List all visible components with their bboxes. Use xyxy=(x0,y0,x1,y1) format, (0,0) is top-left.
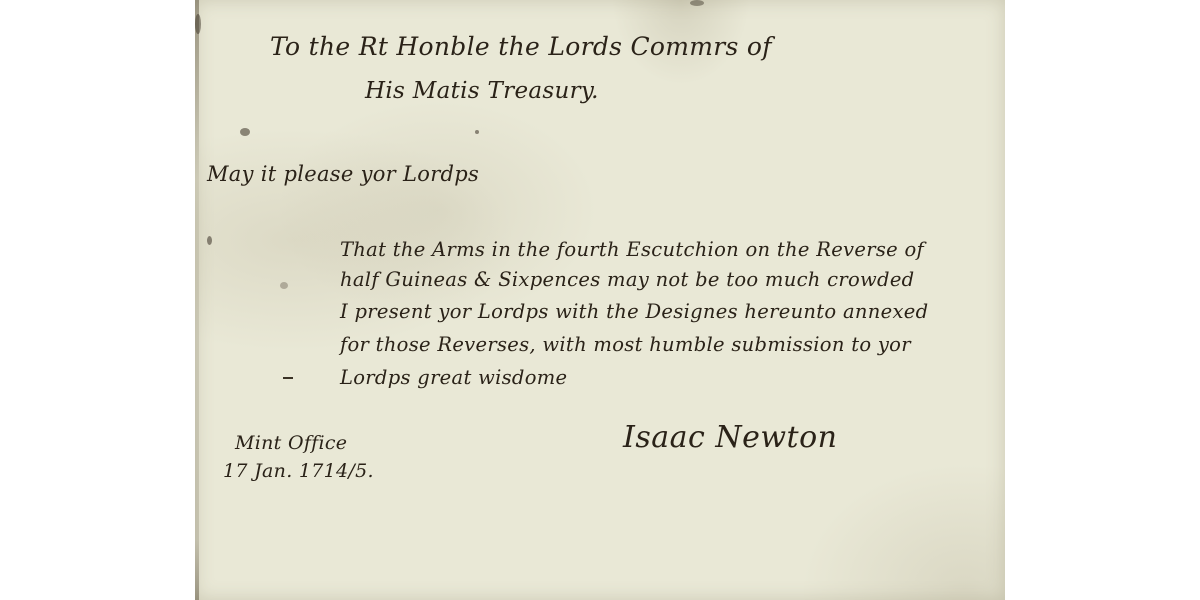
closing-place: Mint Office xyxy=(235,432,347,454)
closing-date: 17 Jan. 1714/5. xyxy=(223,460,374,482)
signature: Isaac Newton xyxy=(623,420,837,455)
salutation: May it please yor Lordps xyxy=(207,162,479,186)
body-line: I present yor Lordps with the Designes h… xyxy=(340,300,928,323)
ink-blot xyxy=(690,0,704,6)
stray-dash-mark xyxy=(283,377,293,379)
body-line: That the Arms in the fourth Escutchion o… xyxy=(340,238,924,261)
ink-blot xyxy=(207,236,212,245)
address-line-2: His Matis Treasury. xyxy=(365,78,599,104)
body-line: for those Reverses, with most humble sub… xyxy=(340,333,911,356)
ink-blot xyxy=(280,282,288,289)
ink-blot xyxy=(475,130,479,134)
body-line: half Guineas & Sixpences may not be too … xyxy=(340,268,914,291)
ink-blot xyxy=(195,14,201,34)
ink-blot xyxy=(240,128,250,136)
body-line: Lordps great wisdome xyxy=(340,366,567,389)
manuscript-page: To the Rt Honble the Lords Commrs of His… xyxy=(195,0,1005,600)
paper-edge xyxy=(195,0,199,600)
address-line-1: To the Rt Honble the Lords Commrs of xyxy=(270,32,772,61)
